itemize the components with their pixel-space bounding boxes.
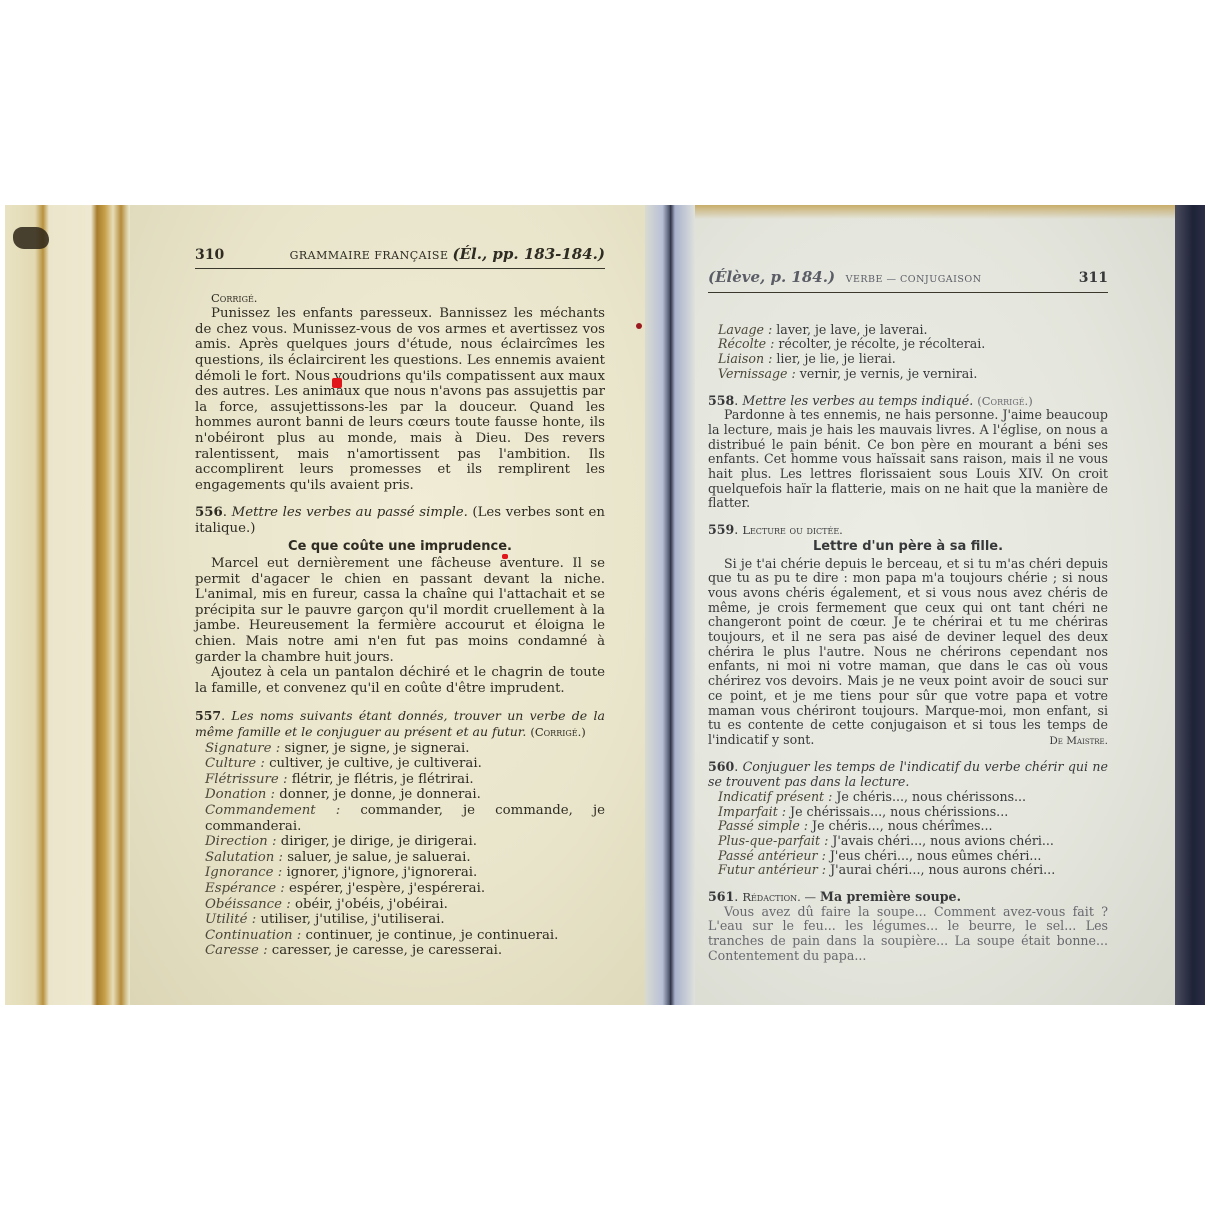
noun-verb-list-continued: Lavage : laver, je lave, je laverai.Réco…: [708, 323, 1108, 382]
list-item-label: Liaison :: [718, 351, 772, 366]
dark-background: [1175, 205, 1205, 1005]
list-item-label: Récolte :: [718, 336, 774, 351]
exercise-paragraph: Marcel eut dernièrement une fâcheuse ave…: [195, 556, 605, 665]
list-item-label: Imparfait :: [718, 804, 786, 819]
tense-list: Indicatif présent : Je chéris..., nous c…: [708, 790, 1108, 878]
list-item-label: Salutation :: [205, 850, 283, 865]
list-item: Plus-que-parfait : J'avais chéri..., nou…: [708, 834, 1108, 849]
exercise-paragraph: Si je t'ai chérie depuis le berceau, et …: [708, 557, 1108, 748]
list-item-label: Passé antérieur :: [718, 848, 826, 863]
exercise-number: 558: [708, 393, 734, 408]
exercise-title: Lettre d'un père à sa fille.: [708, 540, 1108, 555]
exercise-title: Ce que coûte une imprudence.: [195, 539, 605, 555]
left-page-text: 310 GRAMMAIRE FRANÇAISE (Él., pp. 183-18…: [195, 247, 605, 959]
list-item-label: Indicatif présent :: [718, 789, 832, 804]
list-item: Continuation : continuer, je continue, j…: [195, 928, 605, 944]
list-item-value: caresser, je caresse, je caresserai.: [272, 943, 502, 958]
list-item-value: signer, je signe, je signerai.: [284, 741, 469, 756]
list-item-label: Donation :: [205, 787, 275, 802]
list-item-value: diriger, je dirige, je dirigerai.: [281, 834, 477, 849]
stacked-page-edges: [5, 205, 135, 1005]
exercise-557-heading: 557. Les noms suivants étant donnés, tro…: [195, 708, 605, 740]
noun-verb-list: Signature : signer, je signe, je signera…: [195, 741, 605, 959]
exercise-label: Lecture ou dictée.: [742, 523, 843, 537]
list-item-label: Utilité :: [205, 912, 256, 927]
exercise-561-heading: 561. Rédaction. — Ma première soupe.: [708, 890, 1108, 905]
list-item-value: récolter, je récolte, je récolterai.: [778, 336, 985, 351]
exercise-556-heading: 556. Mettre les verbes au passé simple. …: [195, 505, 605, 536]
list-item-value: ignorer, j'ignore, j'ignorerai.: [286, 865, 477, 880]
list-item: Commandement : commander, je commande, j…: [195, 803, 605, 834]
list-item-label: Plus-que-parfait :: [718, 833, 828, 848]
list-item: Récolte : récolter, je récolte, je récol…: [708, 337, 1108, 352]
list-item-label: Vernissage :: [718, 366, 796, 381]
list-item: Ignorance : ignorer, j'ignore, j'ignorer…: [195, 865, 605, 881]
exercise-title: Ma première soupe.: [820, 889, 961, 904]
list-item-value: Je chérissais..., nous chérissions...: [790, 804, 1008, 819]
ink-stain: [13, 227, 49, 249]
list-item: Obéissance : obéir, j'obéis, j'obéirai.: [195, 897, 605, 913]
list-item-value: Je chéris..., nous chérissons...: [836, 789, 1026, 804]
list-item-value: laver, je lave, je laverai.: [776, 322, 927, 337]
list-item: Direction : diriger, je dirige, je dirig…: [195, 834, 605, 850]
exercise-number: 561: [708, 889, 734, 904]
list-item-label: Flétrissure :: [205, 772, 287, 787]
list-item-label: Caresse :: [205, 943, 268, 958]
list-item: Passé simple : Je chéris..., nous chérîm…: [708, 819, 1108, 834]
list-item: Salutation : saluer, je salue, je saluer…: [195, 850, 605, 866]
list-item: Liaison : lier, je lie, je lierai.: [708, 352, 1108, 367]
exercise-number: 557: [195, 708, 221, 723]
list-item-value: vernir, je vernis, je vernirai.: [800, 366, 978, 381]
list-item-label: Ignorance :: [205, 865, 282, 880]
list-item-label: Signature :: [205, 741, 280, 756]
exercise-instruction: Mettre les verbes au passé simple.: [232, 505, 468, 520]
right-page-text: (Élève, p. 184.) VERBE — CONJUGAISON 311…: [708, 270, 1108, 964]
list-item: Vernissage : vernir, je vernis, je verni…: [708, 367, 1108, 382]
list-item: Imparfait : Je chérissais..., nous chéri…: [708, 805, 1108, 820]
corrige-tag: (Corrigé.): [977, 394, 1032, 408]
list-item-value: lier, je lie, je lierai.: [776, 351, 895, 366]
red-mark: [332, 378, 342, 388]
exercise-560-heading: 560. Conjuguer les temps de l'indicatif …: [708, 760, 1108, 789]
exercise-paragraph: Vous avez dû faire la soupe... Comment a…: [708, 905, 1108, 964]
list-item-value: continuer, je continue, je continuerai.: [306, 928, 559, 943]
list-item-value: J'eus chéri..., nous eûmes chéri...: [830, 848, 1042, 863]
list-item-value: utiliser, j'utilise, j'utiliserai.: [260, 912, 444, 927]
list-item-label: Futur antérieur :: [718, 862, 826, 877]
page-number: 311: [1079, 271, 1108, 286]
list-item-label: Obéissance :: [205, 897, 291, 912]
list-item-value: flétrir, je flétris, je flétrirai.: [292, 772, 474, 787]
list-item-value: J'aurai chéri..., nous aurons chéri...: [830, 862, 1055, 877]
list-item-label: Passé simple :: [718, 818, 808, 833]
list-item: Indicatif présent : Je chéris..., nous c…: [708, 790, 1108, 805]
exercise-number: 559: [708, 522, 734, 537]
right-page-header: (Élève, p. 184.) VERBE — CONJUGAISON 311: [708, 270, 1108, 293]
red-mark: [636, 323, 642, 329]
list-item: Flétrissure : flétrir, je flétris, je fl…: [195, 772, 605, 788]
list-item-value: cultiver, je cultive, je cultiverai.: [269, 756, 482, 771]
exercise-559-heading: 559. Lecture ou dictée.: [708, 523, 1108, 538]
exercise-paragraph: Pardonne à tes ennemis, ne hais personne…: [708, 408, 1108, 511]
list-item: Caresse : caresser, je caresse, je cares…: [195, 943, 605, 959]
list-item-label: Lavage :: [718, 322, 772, 337]
list-item-label: Culture :: [205, 756, 265, 771]
list-item-label: Direction :: [205, 834, 276, 849]
list-item-value: J'avais chéri..., nous avions chéri...: [832, 833, 1054, 848]
list-item: Lavage : laver, je lave, je laverai.: [708, 323, 1108, 338]
list-item-label: Continuation :: [205, 928, 301, 943]
exercise-label: Rédaction. —: [742, 890, 816, 904]
exercise-number: 556: [195, 505, 223, 520]
book-gutter: [645, 205, 695, 1005]
exercise-instruction: Mettre les verbes au temps indiqué.: [742, 393, 973, 408]
list-item: Culture : cultiver, je cultive, je culti…: [195, 756, 605, 772]
running-ref: (Élève, p. 184.): [708, 268, 835, 286]
left-page-header: 310 GRAMMAIRE FRANÇAISE (Él., pp. 183-18…: [195, 247, 605, 269]
list-item: Donation : donner, je donne, je donnerai…: [195, 787, 605, 803]
exercise-number: 560: [708, 759, 734, 774]
corrige-paragraph: Punissez les enfants paresseux. Bannisse…: [195, 306, 605, 493]
list-item-value: saluer, je salue, je saluerai.: [287, 850, 470, 865]
list-item: Passé antérieur : J'eus chéri..., nous e…: [708, 849, 1108, 864]
running-ref: (Él., pp. 183-184.): [453, 245, 605, 263]
exercise-paragraph: Ajoutez à cela un pantalon déchiré et le…: [195, 665, 605, 696]
exercise-558-heading: 558. Mettre les verbes au temps indiqué.…: [708, 394, 1108, 409]
list-item-label: Commandement :: [205, 803, 340, 818]
running-head: GRAMMAIRE FRANÇAISE: [290, 249, 449, 262]
list-item: Utilité : utiliser, j'utilise, j'utilise…: [195, 912, 605, 928]
red-mark: [502, 554, 508, 559]
list-item: Futur antérieur : J'aurai chéri..., nous…: [708, 863, 1108, 878]
corrige-label: Corrigé.: [195, 291, 605, 307]
exercise-instruction: Conjuguer les temps de l'indicatif du ve…: [708, 759, 1108, 789]
list-item-value: espérer, j'espère, j'espérerai.: [289, 881, 485, 896]
page-number: 310: [195, 248, 224, 264]
list-item: Espérance : espérer, j'espère, j'espérer…: [195, 881, 605, 897]
list-item-label: Espérance :: [205, 881, 285, 896]
list-item-value: Je chéris..., nous chérîmes...: [812, 818, 992, 833]
list-item: Signature : signer, je signe, je signera…: [195, 741, 605, 757]
running-head: VERBE — CONJUGAISON: [846, 274, 982, 285]
list-item-value: donner, je donne, je donnerai.: [279, 787, 481, 802]
list-item-value: obéir, j'obéis, j'obéirai.: [295, 897, 448, 912]
corrige-tag: (Corrigé.): [530, 725, 585, 739]
